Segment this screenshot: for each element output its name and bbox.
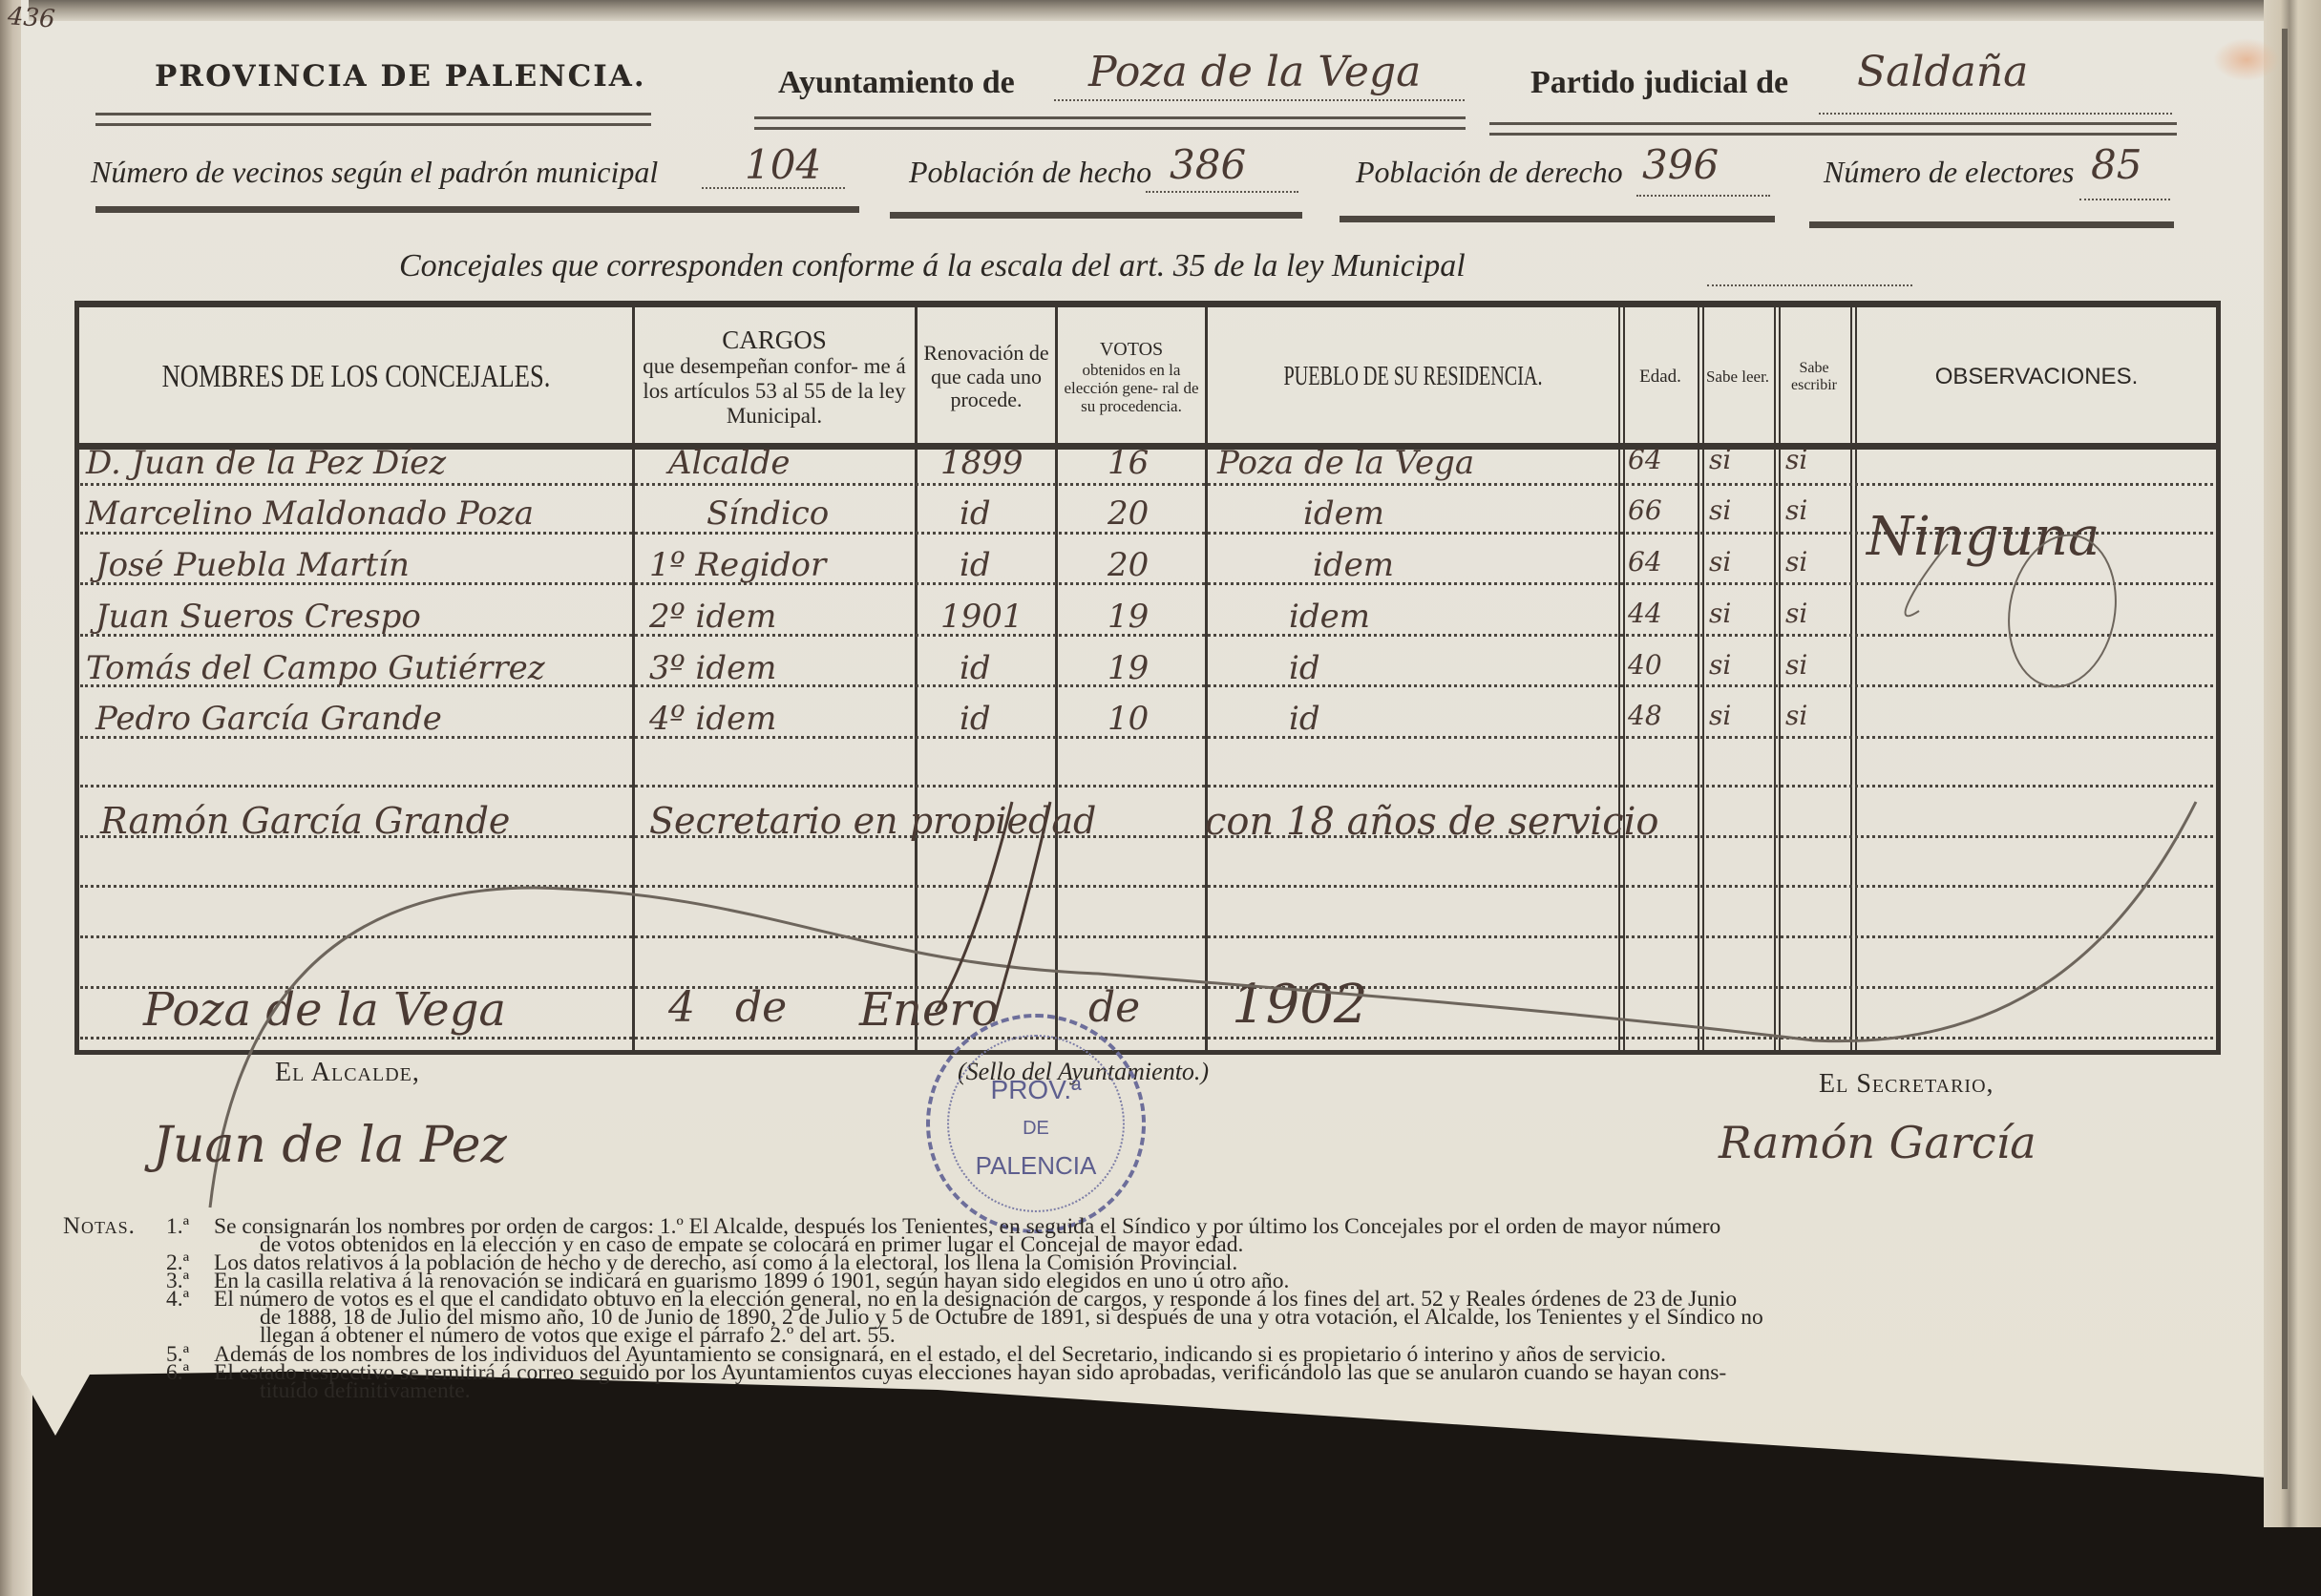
ayuntamiento-value: Poza de la Vega: [1088, 48, 1421, 96]
secretario-signature: Ramón García: [1719, 1117, 2036, 1168]
dotted-line: [702, 187, 845, 189]
place: Poza de la Vega: [143, 983, 506, 1037]
row-line: [80, 885, 2213, 888]
th-cargos-title: CARGOS: [722, 325, 827, 354]
derecho-value: 396: [1642, 141, 1719, 188]
page-stack-right: [2264, 0, 2321, 1527]
row2-renovacion: id: [960, 494, 991, 533]
row3-leer: si: [1709, 546, 1731, 577]
date-de1: de: [735, 983, 787, 1032]
row1-edad: 64: [1628, 444, 1662, 475]
dotted-line: [1636, 195, 1770, 197]
date-year: 1902: [1232, 974, 1368, 1036]
paper-stain: [2213, 38, 2280, 81]
dotted-line: [1707, 284, 1912, 286]
row6-escribir: si: [1785, 700, 1807, 731]
column-divider: [632, 307, 635, 1052]
column-divider: [1055, 307, 1058, 1052]
column-divider: [1205, 307, 1208, 1052]
row1-leer: si: [1709, 444, 1731, 475]
row6-cargo: 4º idem: [649, 700, 776, 738]
secretary-nombre: Ramón García Grande: [100, 800, 510, 842]
th-sabe-escribir: Sabe escribir: [1780, 315, 1848, 439]
partido-value: Saldaña: [1857, 48, 2028, 96]
dotted-line: [1054, 99, 1465, 101]
hecho-value: 386: [1170, 141, 1246, 188]
dotted-line: [2079, 199, 2170, 200]
row1-pueblo: Poza de la Vega: [1217, 444, 1474, 482]
note-number: 1.ª: [166, 1218, 204, 1236]
th-edad: Edad.: [1625, 315, 1696, 439]
row3-nombre: José Puebla Martín: [95, 546, 410, 584]
row3-renovacion: id: [960, 546, 991, 584]
secretary-cargo: Secretario en propiedad: [649, 800, 1096, 842]
th-sabe-leer: Sabe leer.: [1703, 315, 1772, 439]
row4-edad: 44: [1628, 598, 1662, 629]
date-month: Enero: [859, 983, 999, 1037]
column-divider: [1698, 307, 1699, 1052]
header-rule: [1489, 122, 2177, 136]
row1-cargo: Alcalde: [668, 444, 791, 482]
derecho-label: Población de derecho: [1356, 155, 1623, 190]
secretary-servicio: con 18 años de servicio: [1205, 800, 1659, 844]
column-divider: [1850, 307, 1852, 1052]
row4-votos: 19: [1108, 598, 1149, 636]
header-rule: [754, 116, 1466, 130]
date-day: 4: [668, 983, 695, 1032]
notes-heading: Notas.: [63, 1218, 136, 1236]
row3-escribir: si: [1785, 546, 1807, 577]
row3-pueblo: idem: [1313, 546, 1394, 584]
row1-votos: 16: [1108, 444, 1149, 482]
row2-leer: si: [1709, 494, 1731, 526]
dotted-line: [1146, 191, 1298, 193]
partido-label: Partido judicial de: [1530, 65, 1788, 101]
note-line: tituído definitivamente.: [260, 1382, 471, 1400]
th-nombres: NOMBRES DE LOS CONCEJALES.: [142, 315, 570, 439]
row5-cargo: 3º idem: [649, 649, 776, 687]
row-line: [80, 1037, 2213, 1039]
th-votos-sub: obtenidos en la elección gene- ral de su…: [1059, 361, 1204, 415]
stamp-line2: DE: [930, 1118, 1142, 1140]
stats-rule: [1809, 221, 2174, 228]
row5-votos: 19: [1108, 649, 1149, 687]
row5-leer: si: [1709, 649, 1731, 681]
note-number: 6.ª: [166, 1364, 204, 1382]
note-number: 4.ª: [166, 1291, 204, 1309]
row2-votos: 20: [1108, 494, 1149, 533]
secretario-label: El Secretario,: [1819, 1069, 1994, 1100]
row1-renovacion: 1899: [940, 444, 1023, 482]
alcalde-signature: Juan de la Pez: [153, 1117, 507, 1174]
stamp-line1: PROV.ª: [930, 1075, 1142, 1105]
column-divider: [1618, 307, 1620, 1052]
ayuntamiento-stamp: PROV.ª DE PALENCIA: [926, 1014, 1146, 1233]
electores-label: Número de electores: [1824, 155, 2074, 190]
row2-pueblo: idem: [1303, 494, 1384, 533]
row4-leer: si: [1709, 598, 1731, 629]
row4-renovacion: 1901: [940, 598, 1023, 636]
th-observaciones: OBSERVACIONES.: [1857, 315, 2216, 439]
margin-page-number: 436: [7, 2, 56, 33]
stats-rule: [1340, 216, 1775, 222]
provincia-title: PROVINCIA DE PALENCIA.: [155, 59, 646, 94]
row6-renovacion: id: [960, 700, 991, 738]
row2-edad: 66: [1628, 494, 1662, 526]
observaciones-value: Ninguna: [1867, 506, 2099, 568]
stats-rule: [890, 212, 1302, 219]
row6-votos: 10: [1108, 700, 1149, 738]
th-pueblo: PUEBLO DE SU RESIDENCIA.: [1266, 315, 1560, 439]
row6-nombre: Pedro García Grande: [95, 700, 442, 738]
th-cargos: CARGOS que desempeñan confor- me á los a…: [636, 315, 913, 439]
row5-escribir: si: [1785, 649, 1807, 681]
th-renovacion: Renovación de que cada uno procede.: [918, 315, 1054, 439]
row3-votos: 20: [1108, 546, 1149, 584]
th-votos: VOTOS obtenidos en la elección gene- ral…: [1059, 315, 1204, 439]
row4-escribir: si: [1785, 598, 1807, 629]
row5-edad: 40: [1628, 649, 1662, 681]
row2-nombre: Marcelino Maldonado Poza: [86, 494, 534, 533]
dotted-line: [1819, 113, 2172, 115]
electores-value: 85: [2091, 141, 2142, 188]
row6-edad: 48: [1628, 700, 1662, 731]
vecinos-value: 104: [745, 141, 821, 188]
row3-cargo: 1º Regidor: [649, 546, 826, 584]
row-line: [80, 483, 2213, 486]
date-de2: de: [1088, 983, 1140, 1032]
column-divider: [1774, 307, 1776, 1052]
row-line: [80, 785, 2213, 787]
header-rule: [95, 113, 651, 126]
hecho-label: Población de hecho: [909, 155, 1151, 190]
row1-nombre: D. Juan de la Pez Díez: [86, 444, 446, 482]
row4-nombre: Juan Sueros Crespo: [95, 598, 421, 636]
row4-pueblo: idem: [1289, 598, 1370, 636]
row5-pueblo: id: [1289, 649, 1320, 687]
stats-rule: [95, 206, 859, 213]
column-divider: [915, 307, 918, 1052]
stamp-line3: PALENCIA: [930, 1151, 1142, 1181]
vecinos-label: Número de vecinos según el padrón munici…: [91, 155, 658, 190]
table-subtitle: Concejales que corresponden conforme á l…: [399, 248, 1466, 284]
page-top-edge: [29, 0, 2320, 21]
row5-renovacion: id: [960, 649, 991, 687]
row2-escribir: si: [1785, 494, 1807, 526]
alcalde-label: El Alcalde,: [275, 1058, 420, 1088]
row1-escribir: si: [1785, 444, 1807, 475]
row4-cargo: 2º idem: [649, 598, 776, 636]
row6-leer: si: [1709, 700, 1731, 731]
row3-edad: 64: [1628, 546, 1662, 577]
row-line: [80, 935, 2213, 938]
row6-pueblo: id: [1289, 700, 1320, 738]
row2-cargo: Síndico: [707, 494, 829, 533]
ayuntamiento-label: Ayuntamiento de: [778, 65, 1015, 101]
row5-nombre: Tomás del Campo Gutiérrez: [86, 649, 545, 687]
th-cargos-sub: que desempeñan confor- me á los artículo…: [636, 354, 913, 428]
page-border-right: [2282, 29, 2288, 1489]
th-votos-title: VOTOS: [1100, 339, 1163, 360]
